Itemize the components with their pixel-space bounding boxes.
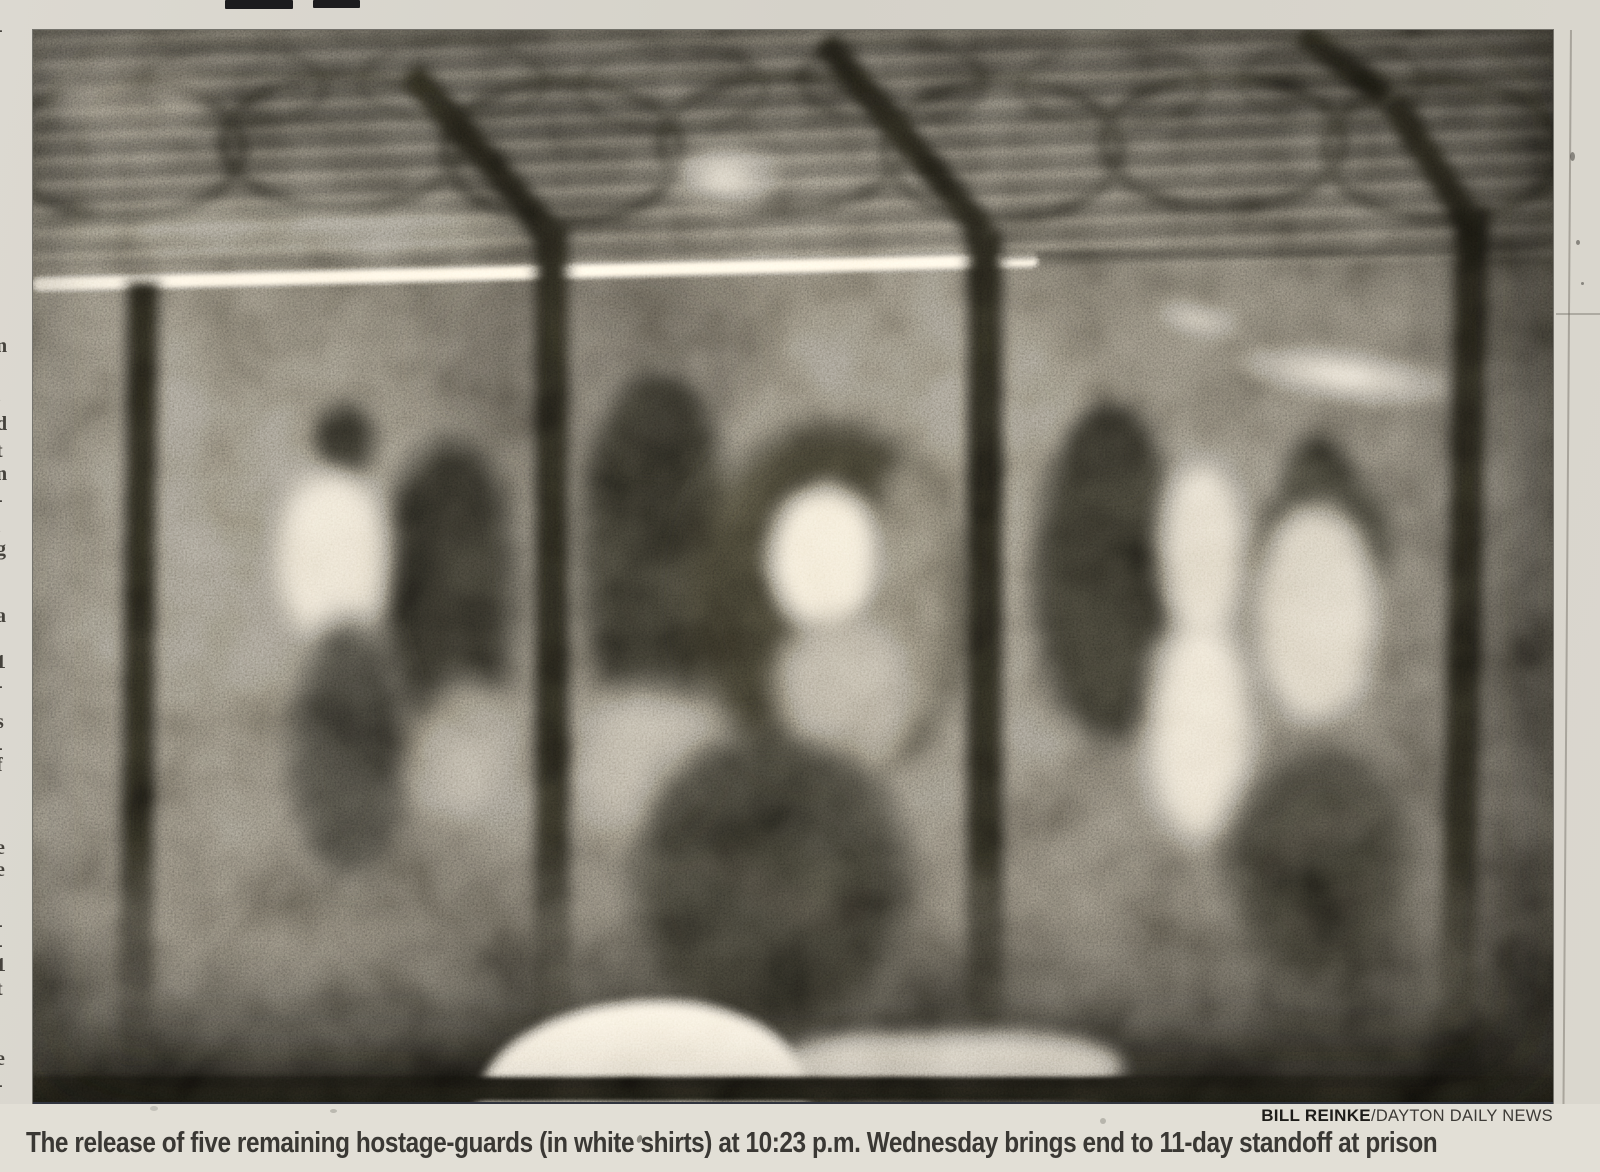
column-text-fragment: - (0, 935, 3, 955)
column-text-fragment: e (0, 860, 5, 880)
margin-rule (1556, 313, 1600, 315)
column-text-fragment: - (0, 490, 3, 510)
column-text-fragment: - (0, 676, 3, 696)
column-divider-rule (1562, 30, 1572, 1172)
headline-letter-fragment (313, 0, 360, 8)
column-text-fragment: - (0, 915, 3, 935)
adjacent-column-text-fragments: -n.dtn-.ga1-s-fee--1te-zv (0, 0, 26, 1172)
paper-speck (1576, 240, 1580, 245)
column-text-fragment: . (0, 386, 1, 406)
ink-speck (330, 1109, 337, 1113)
column-text-fragment: t (0, 979, 3, 999)
paper-speck (1581, 282, 1584, 285)
paper-speck (1570, 152, 1575, 161)
column-text-fragment: e (0, 838, 5, 858)
column-text-fragment: - (0, 20, 3, 40)
ink-speck (1100, 1118, 1106, 1124)
column-text-fragment: f (0, 755, 3, 775)
photo-grain-texture (33, 30, 1553, 1102)
column-text-fragment: n (0, 336, 7, 356)
column-text-fragment: - (0, 1075, 3, 1095)
ink-speck (150, 1106, 158, 1111)
news-photograph (33, 30, 1553, 1105)
headline-letter-fragment (225, 0, 293, 9)
column-text-fragment: a (0, 606, 6, 626)
column-text-fragment: s (0, 712, 4, 732)
photo-caption: The release of five remaining hostage-gu… (26, 1127, 1496, 1160)
column-text-fragment: t (0, 441, 3, 461)
newspaper-page: -n.dtn-.ga1-s-fee--1te-zv (0, 0, 1600, 1172)
column-text-fragment: n (0, 464, 7, 484)
photo-credit-agency: /DAYTON DAILY NEWS (1371, 1107, 1553, 1125)
photo-credit-name: BILL REINKE (1261, 1106, 1371, 1125)
column-text-fragment: e (0, 1049, 5, 1069)
column-text-fragment: 1 (0, 652, 6, 672)
column-text-fragment: d (0, 414, 7, 434)
column-text-fragment: g (0, 539, 6, 559)
column-text-fragment: . (0, 517, 1, 537)
column-text-fragment: 1 (0, 955, 6, 975)
photo-credit: BILL REINKE/DAYTON DAILY NEWS (33, 1106, 1553, 1126)
